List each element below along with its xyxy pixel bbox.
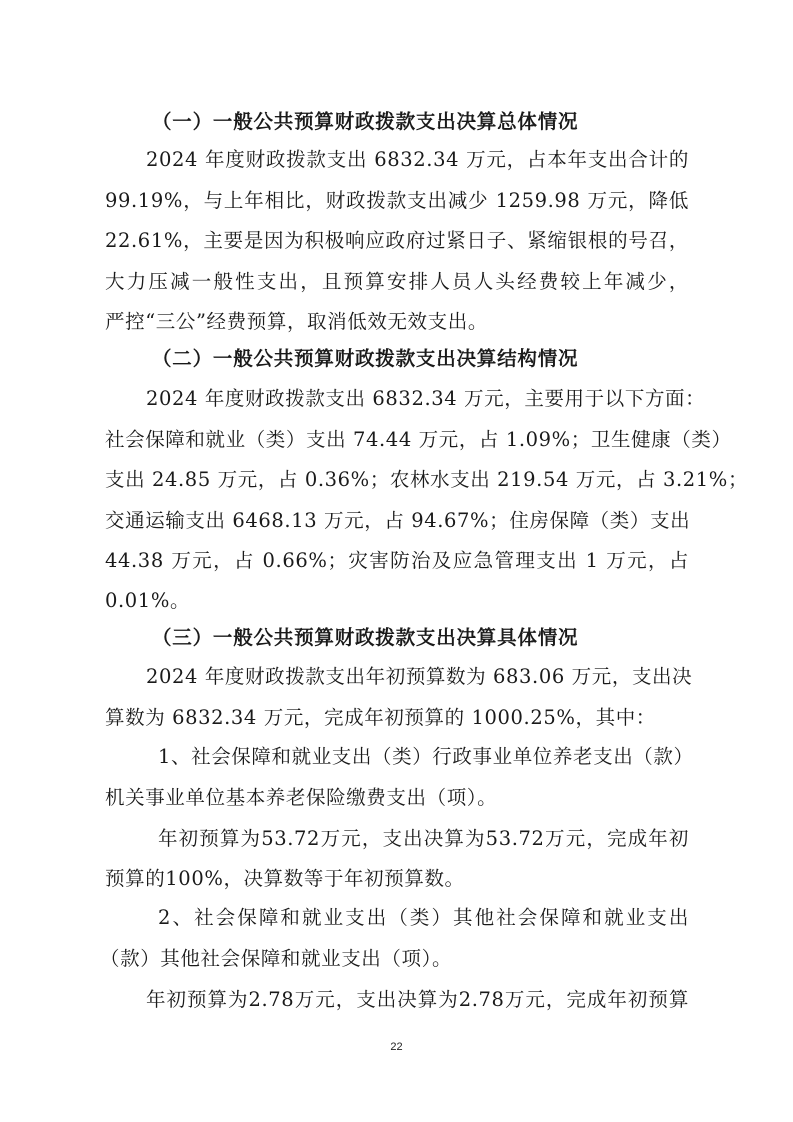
paragraph-line: 99.19%，与上年相比，财政拨款支出减少 1259.98 万元，降低 <box>105 189 689 213</box>
paragraph-line: 2024 年度财政拨款支出年初预算数为 683.06 万元，支出决 <box>146 665 689 689</box>
paragraph-line: 交通运输支出 6468.13 万元，占 94.67%；住房保障（类）支出 <box>105 509 689 533</box>
paragraph-line: 预算的100%，决算数等于年初预算数。 <box>105 867 689 891</box>
section-1-heading: （一）一般公共预算财政拨款支出决算总体情况 <box>152 110 612 134</box>
paragraph-line: 2024 年度财政拨款支出 6832.34 万元，主要用于以下方面： <box>146 387 689 411</box>
paragraph-line: 算数为 6832.34 万元，完成年初预算的 1000.25%，其中： <box>105 706 689 730</box>
paragraph-line: 机关事业单位基本养老保险缴费支出（项）。 <box>105 786 689 810</box>
section-2-heading: （二）一般公共预算财政拨款支出决算结构情况 <box>152 347 612 371</box>
paragraph-line: 社会保障和就业（类）支出 74.44 万元，占 1.09%；卫生健康（类） <box>105 428 689 452</box>
paragraph-line: 2024 年度财政拨款支出 6832.34 万元，占本年支出合计的 <box>146 148 689 172</box>
paragraph-line: 1、社会保障和就业支出（类）行政事业单位养老支出（款） <box>158 745 689 769</box>
paragraph-line: 年初预算为53.72万元，支出决算为53.72万元，完成年初 <box>158 827 689 851</box>
paragraph-line: 44.38 万元，占 0.66%；灾害防治及应急管理支出 1 万元，占 <box>105 549 689 573</box>
page-number: 22 <box>0 1041 793 1053</box>
paragraph-line: 0.01%。 <box>105 589 689 613</box>
section-3-heading: （三）一般公共预算财政拨款支出决算具体情况 <box>152 626 612 650</box>
paragraph-line: 支出 24.85 万元，占 0.36%；农林水支出 219.54 万元，占 3.… <box>105 468 689 492</box>
paragraph-line: 22.61%，主要是因为积极响应政府过紧日子、紧缩银根的号召， <box>105 229 689 253</box>
paragraph-line: （款）其他社会保障和就业支出（项）。 <box>100 947 684 971</box>
paragraph-line: 2、社会保障和就业支出（类）其他社会保障和就业支出 <box>158 906 689 930</box>
paragraph-line: 大力压减一般性支出，且预算安排人员人头经费较上年减少， <box>105 270 689 294</box>
paragraph-line: 严控“三公”经费预算，取消低效无效支出。 <box>105 310 689 334</box>
paragraph-line: 年初预算为2.78万元，支出决算为2.78万元，完成年初预算 <box>146 988 689 1012</box>
